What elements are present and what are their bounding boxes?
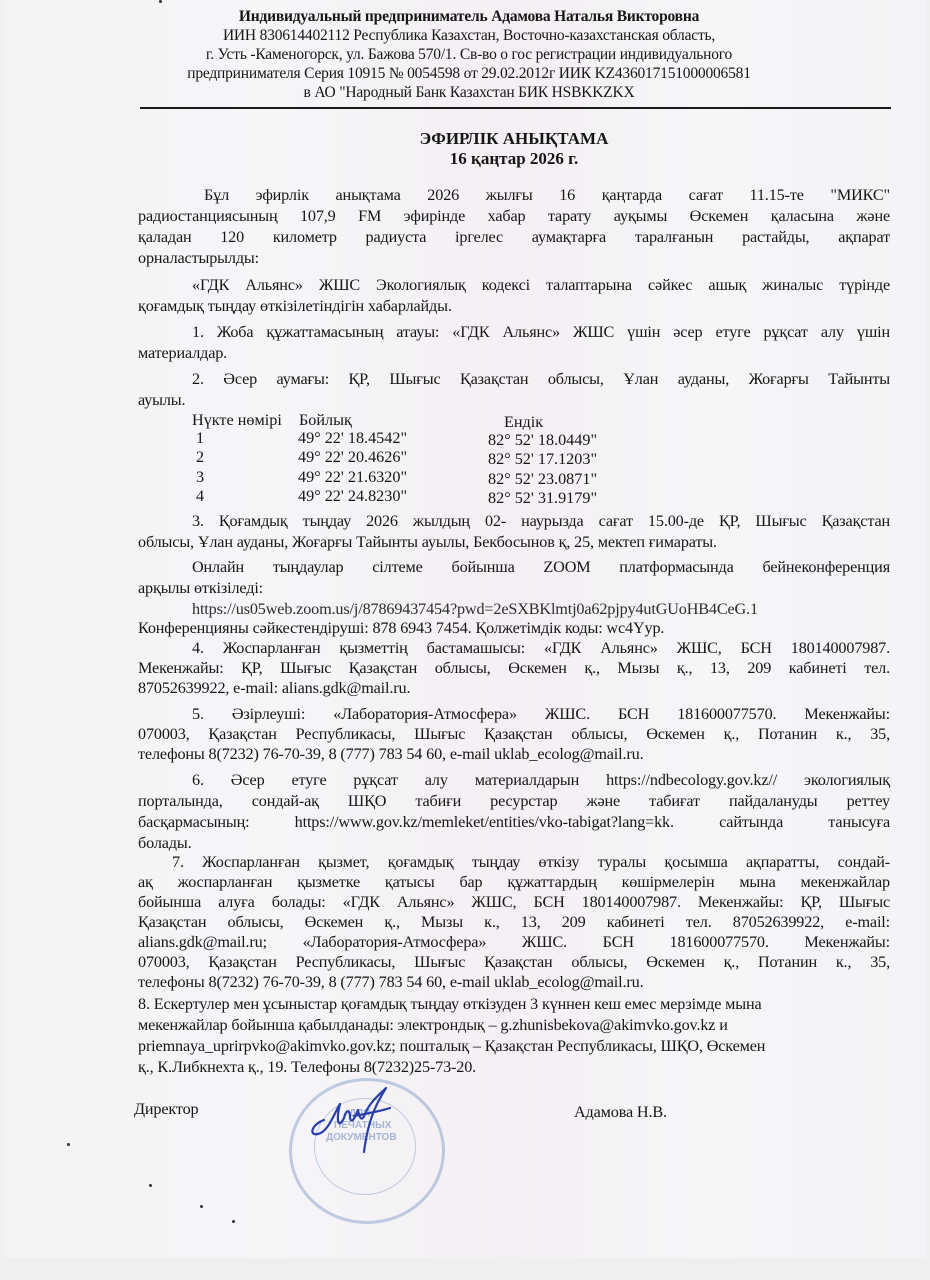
coords-header-point: Нүкте нөмірі	[192, 411, 282, 430]
letterhead-line-4: в АО "Народный Банк Казахстан БИК HSBKKZ…	[4, 84, 926, 102]
signatory-name: Адамова Н.В.	[574, 1103, 667, 1122]
document-date: 16 қаңтар 2026 г.	[4, 149, 926, 169]
item-8-line-4: қ., К.Либкнехта қ., 19. Телефоны 8(7232)…	[138, 1058, 476, 1077]
item-7-line-1: 7. Жоспарланған қызмет, қоғамдық тыңдау …	[172, 853, 890, 872]
item-6-line-1: 6. Әсер етуге рұқсат алу материалдарын h…	[192, 771, 890, 790]
item-3-line-2: облысы, Ұлан ауданы, Жоғарғы Тайынты ауы…	[138, 533, 717, 552]
speck	[67, 1143, 70, 1146]
online-line-1: Онлайн тыңдаулар сілтеме бойынша ZOOM пл…	[192, 558, 890, 577]
speck	[232, 1220, 235, 1223]
letterhead-divider	[140, 107, 891, 109]
coords-header-latitude: Ендік	[504, 413, 543, 432]
item-5-line-2: 070003, Қазақстан Республикасы, Шығыс Қа…	[138, 725, 890, 744]
intro-line-2: радиостанциясының 107,9 FM эфирінде хаба…	[138, 207, 890, 226]
speck	[149, 1184, 152, 1187]
item-8-line-3: priemnaya_uprirpvko@akimvko.gov.kz; пошт…	[138, 1037, 765, 1056]
zoom-link[interactable]: https://us05web.zoom.us/j/87869437454?pw…	[192, 600, 758, 619]
announce-line-2: қоғамдық тыңдау өткізілетіндігін хабарла…	[138, 297, 452, 316]
letterhead-name: Индивидуальный предприниматель Адамова Н…	[4, 8, 926, 26]
intro-line-3: қаладан 120 километр радиуста іргелес ау…	[138, 228, 890, 247]
letterhead-line-1: ИИН 830614402112 Республика Казахстан, В…	[4, 27, 926, 45]
item-6-line-4: болады.	[138, 834, 192, 853]
coords-row-1-point: 1	[196, 429, 204, 448]
item-7-line-3: бойынша алуға болады: «ГДК Альянс» ЖШС, …	[138, 893, 890, 912]
speck	[200, 1205, 203, 1208]
coords-row-2-point: 2	[196, 448, 204, 467]
letterhead-line-2: г. Усть -Каменогорск, ул. Бажова 570/1. …	[4, 46, 926, 64]
document-page: Индивидуальный предприниматель Адамова Н…	[4, 0, 926, 1258]
intro-line-1: Бұл эфирлік анықтама 2026 жылғы 16 қаңта…	[204, 186, 890, 205]
item-2-line-2: ауылы.	[138, 391, 185, 410]
coords-row-4-point: 4	[196, 487, 204, 506]
item-8-line-2: мекенжайлар бойынша қабылданады: электро…	[138, 1016, 728, 1035]
item-8-line-1: 8. Ескертулер мен ұсыныстар қоғамдық тың…	[138, 995, 762, 1014]
coords-header-longitude: Бойлық	[299, 411, 352, 430]
coords-row-4-latitude: 82° 52' 31.9179"	[488, 489, 597, 508]
item-7-line-6: 070003, Қазақстан Республикасы, Шығыс Қа…	[138, 953, 890, 972]
item-6-line-3: басқармасының: https://www.gov.kz/memlek…	[138, 813, 890, 832]
item-6-line-2: порталында, сондай-ақ ШҚО табиғи ресурст…	[138, 792, 890, 811]
item-1-line-2: материалдар.	[138, 344, 227, 363]
coords-row-3-point: 3	[196, 468, 204, 487]
announce-line-1: «ГДК Альянс» ЖШС Экологиялық кодексі тал…	[192, 276, 890, 295]
speck	[159, 0, 162, 3]
item-4-line-2: Мекенжайы: ҚР, Шығыс Қазақстан облысы, Ө…	[138, 659, 890, 678]
item-3-line-1: 3. Қоғамдық тыңдау 2026 жылдың 02- науры…	[192, 512, 890, 531]
conference-id: Конференцияны сәйкестендіруші: 878 6943 …	[138, 619, 664, 638]
item-5-line-3: телефоны 8(7232) 76-70-39, 8 (777) 783 5…	[138, 745, 643, 764]
item-7-line-5: alians.gdk@mail.ru; «Лаборатория-Атмосфе…	[138, 933, 890, 952]
item-7-line-2: ақ жоспарланған қызметке қатысы бар құжа…	[138, 873, 890, 892]
signatory-role: Директор	[134, 1100, 198, 1119]
item-7-line-7: телефоны 8(7232) 76-70-39, 8 (777) 783 5…	[138, 973, 643, 992]
item-4-line-3: 87052639922, e-mail: alians.gdk@mail.ru.	[138, 679, 410, 698]
intro-line-4: орналастырылды:	[138, 249, 259, 268]
coords-row-4-longitude: 49° 22' 24.8230"	[298, 487, 407, 506]
item-7-line-4: Қазақстан облысы, Өскемен қ., Мызы к., 1…	[138, 913, 890, 932]
item-5-line-1: 5. Әзірлеуші: «Лаборатория-Атмосфера» ЖШ…	[192, 705, 890, 724]
item-1-line-1: 1. Жоба құжаттамасының атауы: «ГДК Альян…	[192, 323, 890, 342]
coords-row-1-latitude: 82° 52' 18.0449"	[488, 431, 597, 450]
coords-row-2-latitude: 82° 52' 17.1203"	[488, 450, 597, 469]
coords-row-1-longitude: 49° 22' 18.4542"	[298, 429, 407, 448]
coords-row-3-longitude: 49° 22' 21.6320"	[298, 468, 407, 487]
handwritten-signature-icon	[294, 1080, 404, 1160]
item-2-line-1: 2. Әсер аумағы: ҚР, Шығыс Қазақстан облы…	[192, 370, 890, 389]
letterhead-line-3: предпринимателя Серия 10915 № 0054598 от…	[4, 65, 926, 83]
online-line-2: арқылы өткізіледі:	[138, 579, 263, 598]
document-title: ЭФИРЛІК АНЫҚТАМА	[4, 129, 926, 149]
item-4-line-1: 4. Жоспарланған қызметтің бастамашысы: «…	[192, 639, 890, 658]
coords-row-2-longitude: 49° 22' 20.4626"	[298, 448, 407, 467]
coords-row-3-latitude: 82° 52' 23.0871"	[488, 470, 597, 489]
